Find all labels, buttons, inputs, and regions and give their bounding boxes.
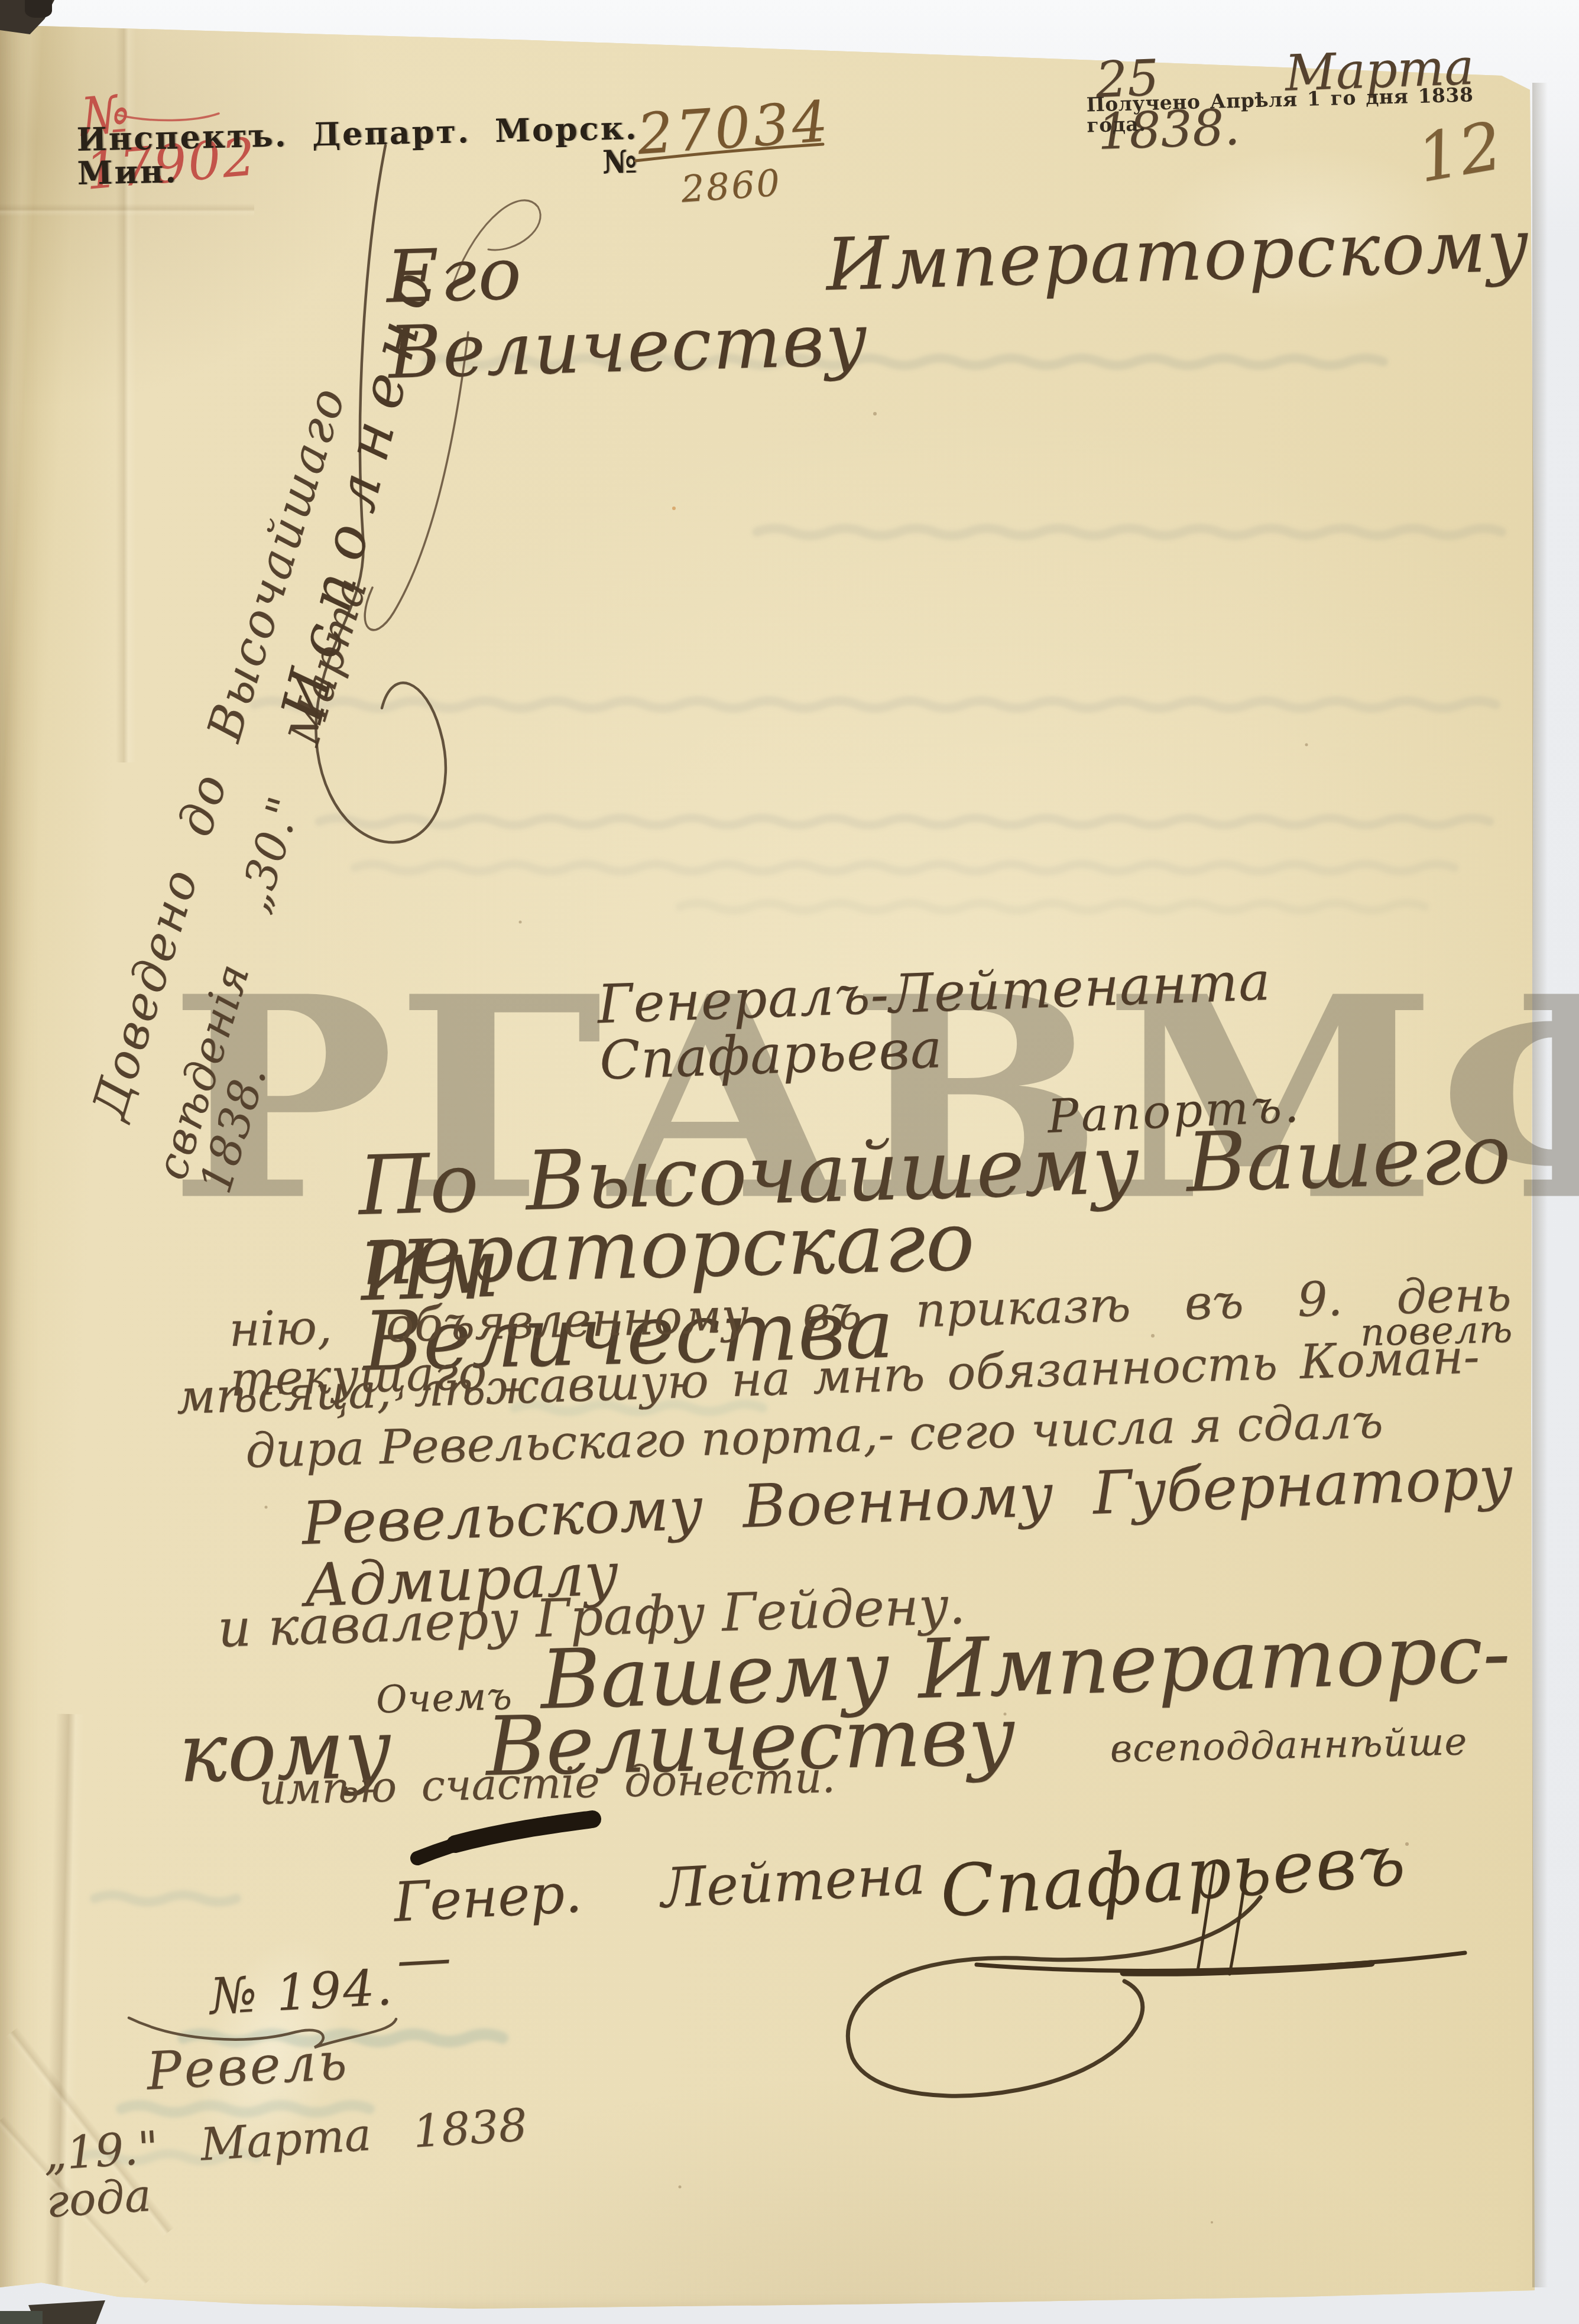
number-brace (129, 2018, 396, 2047)
paper-edge-shadow (1532, 83, 1548, 2287)
signature-flourish (977, 1953, 1465, 1971)
paper-specks (265, 412, 1409, 2224)
ink-blot (455, 1819, 592, 1844)
heading-flourish (365, 332, 468, 630)
archival-scan: РГАВМФ № 17902 Инспектъ. Департ. Морск. … (0, 0, 1579, 2324)
number-underline (636, 144, 823, 161)
signature-flourish (1123, 1963, 1372, 1973)
signature-flourish (1230, 1864, 1247, 1974)
ink-flourish-layer (0, 0, 1579, 2324)
signature-flourish (848, 1897, 1260, 2096)
book-binding-edge (25, 0, 52, 18)
red-number-flourish (116, 113, 219, 121)
signature-flourish (1198, 1863, 1214, 1971)
resolution-flourish (316, 145, 445, 842)
heading-flourish (454, 200, 540, 281)
underlying-page-edge (0, 2311, 43, 2324)
